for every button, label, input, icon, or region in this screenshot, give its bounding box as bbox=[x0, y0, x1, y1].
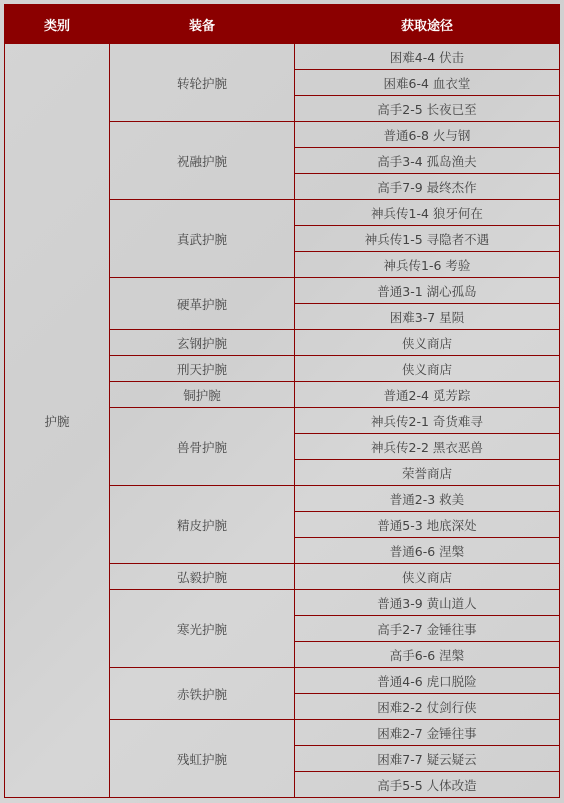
equipment-name-cell: 刑天护腕 bbox=[110, 356, 295, 382]
equipment-name-cell: 玄钢护腕 bbox=[110, 330, 295, 356]
equipment-name-cell: 转轮护腕 bbox=[110, 44, 295, 122]
source-cell: 困难3-7 星陨 bbox=[295, 304, 560, 330]
source-cell: 神兵传1-5 寻隐者不遇 bbox=[295, 226, 560, 252]
source-cell: 高手2-7 金锤往事 bbox=[295, 616, 560, 642]
equipment-name-cell: 精皮护腕 bbox=[110, 486, 295, 564]
source-cell: 困难2-2 仗剑行侠 bbox=[295, 694, 560, 720]
equipment-name-cell: 寒光护腕 bbox=[110, 590, 295, 668]
source-cell: 高手7-9 最终杰作 bbox=[295, 174, 560, 200]
source-cell: 普通6-8 火与钢 bbox=[295, 122, 560, 148]
source-cell: 普通2-3 救美 bbox=[295, 486, 560, 512]
table-body: 护腕转轮护腕困难4-4 伏击困难6-4 血衣堂高手2-5 长夜已至祝融护腕普通6… bbox=[5, 44, 560, 798]
source-cell: 神兵传1-6 考验 bbox=[295, 252, 560, 278]
equipment-name-cell: 铜护腕 bbox=[110, 382, 295, 408]
source-cell: 普通3-9 黄山道人 bbox=[295, 590, 560, 616]
source-cell: 侠义商店 bbox=[295, 330, 560, 356]
equipment-name-cell: 硬革护腕 bbox=[110, 278, 295, 330]
source-cell: 普通5-3 地底深处 bbox=[295, 512, 560, 538]
source-cell: 困难6-4 血衣堂 bbox=[295, 70, 560, 96]
header-row: 类别 装备 获取途径 bbox=[5, 5, 560, 44]
category-cell: 护腕 bbox=[5, 44, 110, 798]
equipment-table: 类别 装备 获取途径 护腕转轮护腕困难4-4 伏击困难6-4 血衣堂高手2-5 … bbox=[4, 4, 560, 798]
source-cell: 普通3-1 湖心孤岛 bbox=[295, 278, 560, 304]
source-cell: 神兵传2-1 奇货难寻 bbox=[295, 408, 560, 434]
equipment-name-cell: 祝融护腕 bbox=[110, 122, 295, 200]
source-cell: 高手6-6 涅槃 bbox=[295, 642, 560, 668]
source-cell: 侠义商店 bbox=[295, 356, 560, 382]
table-row: 护腕转轮护腕困难4-4 伏击 bbox=[5, 44, 560, 70]
equipment-name-cell: 兽骨护腕 bbox=[110, 408, 295, 486]
source-cell: 荣誉商店 bbox=[295, 460, 560, 486]
source-cell: 困难2-7 金锤往事 bbox=[295, 720, 560, 746]
source-cell: 高手2-5 长夜已至 bbox=[295, 96, 560, 122]
source-cell: 侠义商店 bbox=[295, 564, 560, 590]
source-cell: 普通6-6 涅槃 bbox=[295, 538, 560, 564]
header-equipment: 装备 bbox=[110, 5, 295, 44]
header-category: 类别 bbox=[5, 5, 110, 44]
source-cell: 神兵传1-4 狼牙何在 bbox=[295, 200, 560, 226]
source-cell: 困难7-7 疑云疑云 bbox=[295, 746, 560, 772]
equipment-name-cell: 弘毅护腕 bbox=[110, 564, 295, 590]
source-cell: 普通2-4 觅芳踪 bbox=[295, 382, 560, 408]
source-cell: 高手5-5 人体改造 bbox=[295, 772, 560, 798]
source-cell: 神兵传2-2 黑衣恶兽 bbox=[295, 434, 560, 460]
source-cell: 困难4-4 伏击 bbox=[295, 44, 560, 70]
equipment-name-cell: 残虹护腕 bbox=[110, 720, 295, 798]
equipment-name-cell: 赤铁护腕 bbox=[110, 668, 295, 720]
equipment-name-cell: 真武护腕 bbox=[110, 200, 295, 278]
source-cell: 高手3-4 孤岛渔夫 bbox=[295, 148, 560, 174]
source-cell: 普通4-6 虎口脱险 bbox=[295, 668, 560, 694]
header-source: 获取途径 bbox=[295, 5, 560, 44]
